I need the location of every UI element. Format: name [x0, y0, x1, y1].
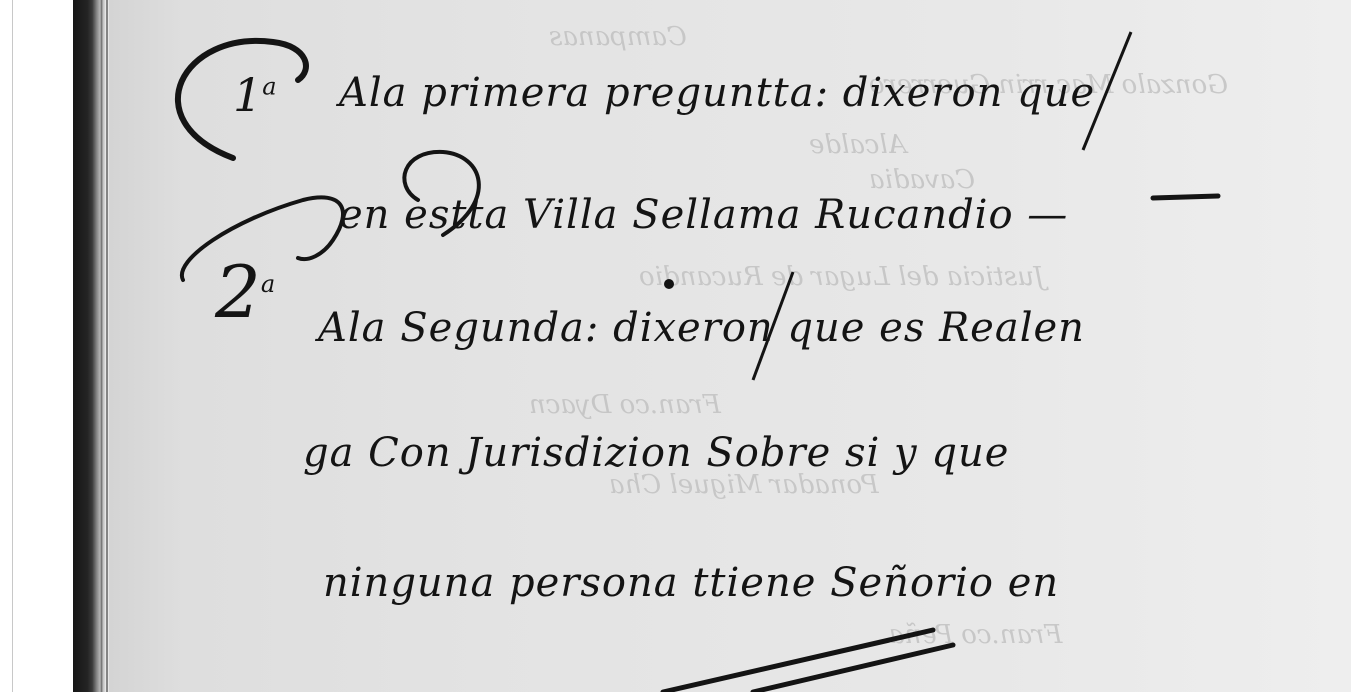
bracket-flourish-1	[178, 41, 306, 158]
ink-flourishes	[73, 0, 1351, 692]
ascender-stroke	[753, 272, 793, 380]
viewer-left-border	[12, 0, 13, 692]
manuscript-scan: Campanas Gonzalo Mac rrin Guerrero Alcal…	[73, 0, 1351, 692]
line-end-dash	[1153, 196, 1218, 198]
bracket-flourish-2	[182, 197, 343, 280]
loop-flourish	[404, 152, 478, 235]
ascender-stroke	[1083, 32, 1131, 150]
closing-line-2	[753, 645, 953, 692]
ink-dot	[664, 279, 674, 289]
